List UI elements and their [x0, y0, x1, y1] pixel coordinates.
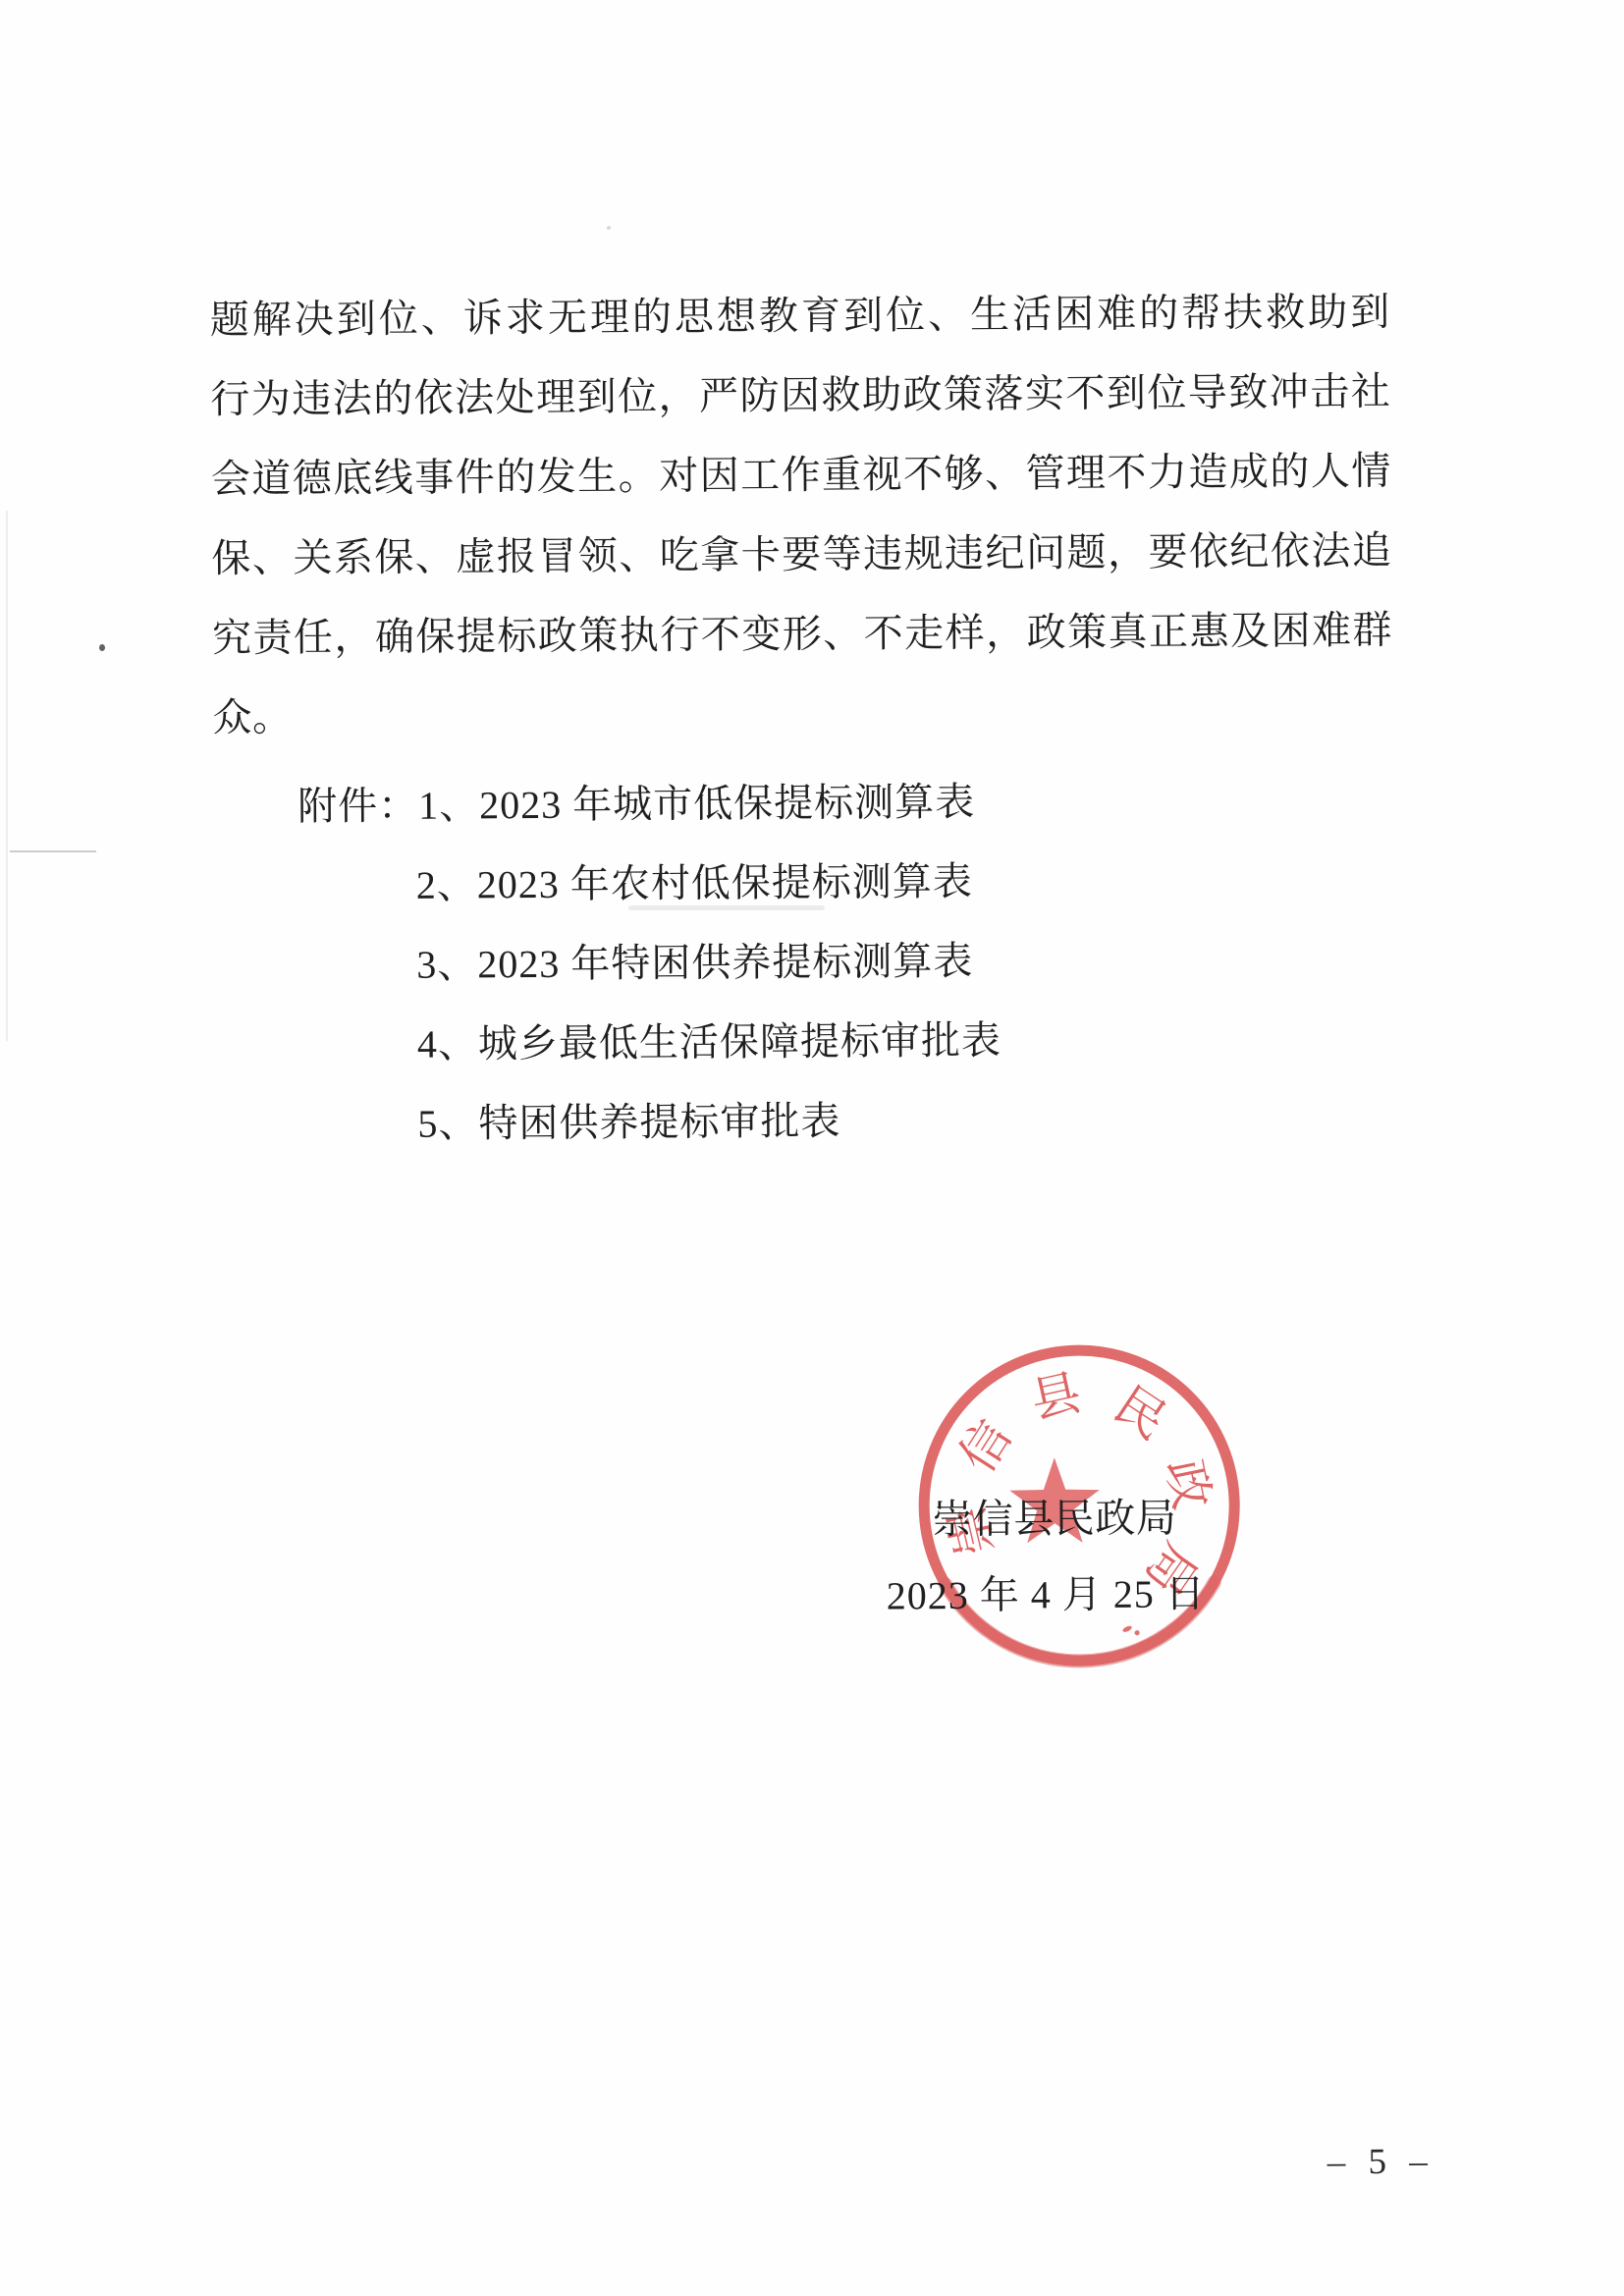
attachment-item-text: 4、城乡最低生活保障提标审批表 — [417, 1018, 1001, 1066]
attachment-item-text: 1、2023 年城市低保提标测算表 — [418, 780, 975, 828]
attachment-item: 4、城乡最低生活保障提标审批表 — [299, 1001, 1002, 1085]
indent-spacer — [298, 899, 416, 900]
attachment-item-text: 5、特困供养提标审批表 — [417, 1099, 840, 1146]
signing-date: 2023 年 4 月 25 日 — [887, 1572, 1206, 1617]
indent-spacer — [299, 1058, 417, 1059]
attachment-item-text: 2、2023 年农村低保提标测算表 — [416, 859, 973, 907]
attachment-item: 2、2023 年农村低保提标测算表 — [298, 842, 1001, 926]
attachment-item: 附件：1、2023 年城市低保提标测算表 — [298, 762, 1001, 847]
seal-arc-text: 崇 信 县 民 政 局 — [938, 1364, 1220, 1607]
scanned-content: 题解决到位、诉求无理的思想教育到位、生活困难的帮扶救助到位、 行为违法的依法处理… — [0, 0, 1624, 2296]
body-line: 题解决到位、诉求无理的思想教育到位、生活困难的帮扶救助到位、 — [209, 272, 1390, 359]
seal-char: 县 — [1026, 1365, 1086, 1429]
body-line: 保、关系保、虚报冒领、吃拿卡要等违规违纪问题，要依纪依法追 — [211, 511, 1392, 598]
attachment-item-text: 3、2023 年特困供养提标测算表 — [416, 939, 973, 987]
body-line: 众。 — [212, 670, 1393, 757]
body-line: 行为违法的依法处理到位，严防因救助政策落实不到位导致冲击社 — [210, 352, 1391, 439]
seal-char: 民 — [1105, 1377, 1176, 1449]
body-paragraph: 题解决到位、诉求无理的思想教育到位、生活困难的帮扶救助到位、 行为违法的依法处理… — [209, 272, 1392, 757]
attachment-item: 3、2023 年特困供养提标测算表 — [298, 921, 1001, 1006]
attachment-label: 附件： — [298, 784, 418, 829]
document-page: 题解决到位、诉求无理的思想教育到位、生活困难的帮扶救助到位、 行为违法的依法处理… — [0, 0, 1624, 2296]
body-line: 究责任，确保提标政策执行不变形、不走样，政策真正惠及困难群 — [212, 590, 1393, 678]
indent-spacer — [298, 978, 416, 979]
page-number: – 5 – — [1320, 2141, 1442, 2184]
signing-organization: 崇信县民政局 — [932, 1496, 1176, 1541]
seal-char: 信 — [949, 1411, 1022, 1482]
seal-ink-mark — [1121, 1624, 1139, 1635]
attachment-item: 5、特困供养提标审批表 — [299, 1080, 1002, 1165]
indent-spacer — [300, 1137, 418, 1138]
body-line: 会道德底线事件的发生。对因工作重视不够、管理不力造成的人情 — [211, 431, 1392, 519]
attachment-list: 附件：1、2023 年城市低保提标测算表 2、2023 年农村低保提标测算表 3… — [298, 762, 1002, 1165]
